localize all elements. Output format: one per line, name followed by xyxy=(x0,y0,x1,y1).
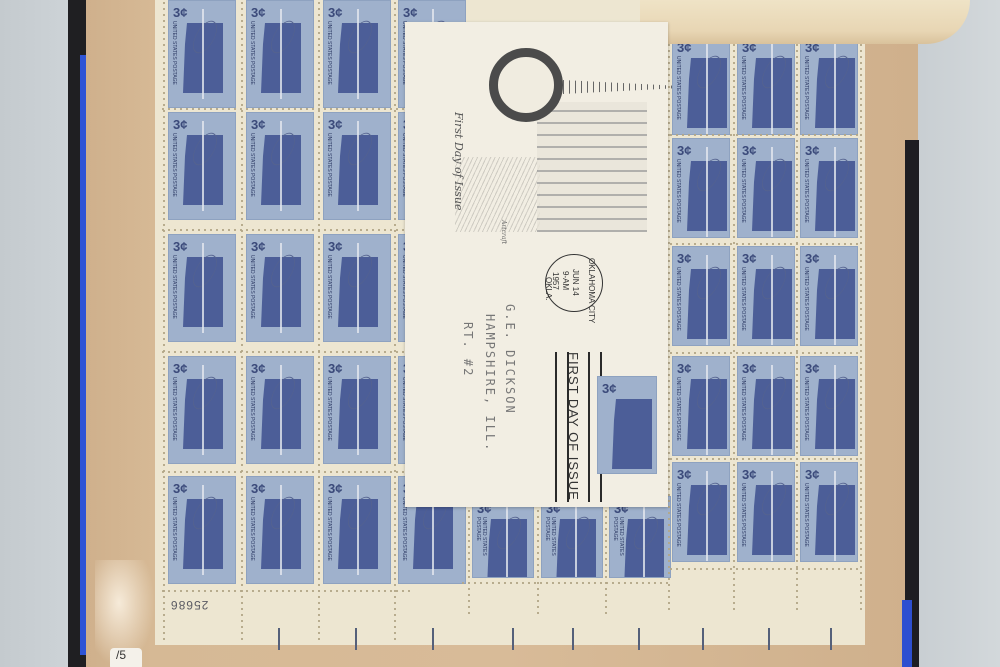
stamp-denomination: 3¢ xyxy=(742,361,756,376)
cancel-bar xyxy=(588,352,590,502)
stamp-denomination: 3¢ xyxy=(173,117,187,132)
perforation-row xyxy=(160,351,410,353)
stamp: 3¢UNITED STATES POSTAGE xyxy=(737,35,795,135)
stamp-arrow-icon xyxy=(357,121,359,211)
stamp-denomination: 3¢ xyxy=(328,117,342,132)
cachet-artist: Artcraft xyxy=(500,220,507,244)
stamp-arrow-icon xyxy=(280,485,282,575)
stamp: 3¢UNITED STATES POSTAGE xyxy=(472,496,534,578)
cachet-shading xyxy=(455,157,540,232)
stamp-arrow-icon xyxy=(706,255,708,345)
stamp-country-text: UNITED STATES POSTAGE xyxy=(171,255,177,319)
cover-stamp: 3¢ xyxy=(597,376,657,474)
stamp-country-text: UNITED STATES POSTAGE xyxy=(740,56,746,120)
stamp-arrow-icon xyxy=(506,505,508,578)
stamp-arrow-icon xyxy=(202,485,204,575)
stamp-country-text: UNITED STATES POSTAGE xyxy=(249,497,255,561)
stamp-country-text: UNITED STATES POSTAGE xyxy=(475,517,487,577)
stamp-country-text: UNITED STATES POSTAGE xyxy=(803,56,809,120)
stamp-oklahoma-map-icon xyxy=(612,399,652,469)
perforation-column xyxy=(537,496,539,616)
stamp-country-text: UNITED STATES POSTAGE xyxy=(675,483,681,547)
stamp-country-text: UNITED STATES POSTAGE xyxy=(803,267,809,331)
stamp-denomination: 3¢ xyxy=(805,467,819,482)
stamp: 3¢UNITED STATES POSTAGE xyxy=(323,0,391,108)
stamp: 3¢UNITED STATES POSTAGE xyxy=(168,476,236,584)
stamp-arrow-icon xyxy=(706,147,708,237)
stamp-arrow-icon xyxy=(771,365,773,455)
stamp: 3¢UNITED STATES POSTAGE xyxy=(800,138,858,238)
stamp-country-text: UNITED STATES POSTAGE xyxy=(803,483,809,547)
address-line-1: G.E. DICKSON xyxy=(503,304,517,415)
stamp-arrow-icon xyxy=(280,243,282,333)
stamp: 3¢UNITED STATES POSTAGE xyxy=(737,462,795,562)
perforation-row xyxy=(668,568,858,570)
stamp-country-text: UNITED STATES POSTAGE xyxy=(612,517,624,577)
stamp-country-text: UNITED STATES POSTAGE xyxy=(171,21,177,85)
perforation-row xyxy=(668,458,858,460)
first-day-of-issue-cancel: FIRST DAY OF ISSUE xyxy=(566,352,581,501)
stamp-arrow-icon xyxy=(771,44,773,134)
gutter-tick xyxy=(512,628,514,650)
gutter-tick xyxy=(638,628,640,650)
stamp-country-text: UNITED STATES POSTAGE xyxy=(803,377,809,441)
stamp-arrow-icon xyxy=(357,365,359,455)
plate-number: 25686 xyxy=(170,598,208,612)
stamp-denomination: 3¢ xyxy=(805,251,819,266)
stamp-country-text: UNITED STATES POSTAGE xyxy=(803,159,809,223)
stamp-denomination: 3¢ xyxy=(251,481,265,496)
stamp: 3¢UNITED STATES POSTAGE xyxy=(246,356,314,464)
perforation-row xyxy=(160,108,410,110)
perforation-row xyxy=(460,582,670,584)
perforation-column xyxy=(163,0,165,640)
stamp-arrow-icon xyxy=(834,255,836,345)
stamp: 3¢UNITED STATES POSTAGE xyxy=(672,138,730,238)
stamp-country-text: UNITED STATES POSTAGE xyxy=(740,483,746,547)
stamp: 3¢UNITED STATES POSTAGE xyxy=(800,246,858,346)
perforation-column xyxy=(860,30,862,610)
stamp: 3¢UNITED STATES POSTAGE xyxy=(672,356,730,456)
stamp-arrow-icon xyxy=(706,44,708,134)
stamp: 3¢UNITED STATES POSTAGE xyxy=(609,496,671,578)
stamp: 3¢UNITED STATES POSTAGE xyxy=(672,35,730,135)
corner-label: /5 xyxy=(110,648,142,667)
stamp-arrow-icon xyxy=(771,255,773,345)
gutter-tick xyxy=(572,628,574,650)
stamp-country-text: UNITED STATES POSTAGE xyxy=(249,255,255,319)
stamp-arrow-icon xyxy=(202,365,204,455)
stamp-denomination: 3¢ xyxy=(251,117,265,132)
perforation-column xyxy=(796,30,798,610)
stamp-arrow-icon xyxy=(834,44,836,134)
stamp-country-text: UNITED STATES POSTAGE xyxy=(249,377,255,441)
stamp-arrow-icon xyxy=(202,9,204,99)
perforation-row xyxy=(668,134,858,136)
stamp-country-text: UNITED STATES POSTAGE xyxy=(249,21,255,85)
stamp-country-text: UNITED STATES POSTAGE xyxy=(675,56,681,120)
stamp-denomination: 3¢ xyxy=(328,481,342,496)
stamp: 3¢UNITED STATES POSTAGE xyxy=(672,246,730,346)
first-day-cover: First Day of Issue Artcraft OKLAHOMA CIT… xyxy=(405,22,668,507)
stamp: 3¢UNITED STATES POSTAGE xyxy=(323,356,391,464)
stamp-arrow-icon xyxy=(202,243,204,333)
perforation-column xyxy=(318,0,320,640)
stamp-denomination: 3¢ xyxy=(328,361,342,376)
postmark-city: OKLAHOMA CITY xyxy=(587,258,596,323)
stamp-denomination: 3¢ xyxy=(805,361,819,376)
stamp: 3¢UNITED STATES POSTAGE xyxy=(800,462,858,562)
stamp-arrow-icon xyxy=(771,147,773,237)
stamp-country-text: UNITED STATES POSTAGE xyxy=(326,255,332,319)
stamp-arrow-icon xyxy=(643,505,645,578)
gutter-tick xyxy=(355,628,357,650)
stamp: 3¢UNITED STATES POSTAGE xyxy=(168,356,236,464)
stamp-denomination: 3¢ xyxy=(677,143,691,158)
stamp-arrow-icon xyxy=(771,471,773,561)
stamp-arrow-icon xyxy=(834,471,836,561)
gutter-tick xyxy=(278,628,280,650)
stamp-country-text: UNITED STATES POSTAGE xyxy=(326,497,332,561)
stamp-denomination: 3¢ xyxy=(805,143,819,158)
postmark-state: OKLA. xyxy=(544,277,553,301)
stamp: 3¢UNITED STATES POSTAGE xyxy=(168,112,236,220)
stamp: 3¢UNITED STATES POSTAGE xyxy=(672,462,730,562)
stamp: 3¢UNITED STATES POSTAGE xyxy=(800,356,858,456)
stamp: 3¢ xyxy=(597,376,657,474)
perforation-column xyxy=(668,30,670,610)
stamp-country-text: UNITED STATES POSTAGE xyxy=(249,133,255,197)
address-line-2: HAMPSHIRE, ILL. xyxy=(483,314,497,452)
stamp: 3¢UNITED STATES POSTAGE xyxy=(246,476,314,584)
postmark-time: 9-AM xyxy=(561,271,570,290)
gutter-tick xyxy=(830,628,832,650)
stamp: 3¢UNITED STATES POSTAGE xyxy=(168,0,236,108)
stamp-denomination: 3¢ xyxy=(677,251,691,266)
perforation-column xyxy=(394,0,396,640)
perforation-column xyxy=(241,0,243,640)
stamp-arrow-icon xyxy=(357,485,359,575)
table-surface-right xyxy=(915,0,1000,667)
album-binder-blue-right xyxy=(902,600,912,667)
table-surface-left xyxy=(0,0,68,667)
cachet-script-text: First Day of Issue xyxy=(452,112,465,210)
stamp: 3¢UNITED STATES POSTAGE xyxy=(246,234,314,342)
stamp-arrow-icon xyxy=(834,147,836,237)
perforation-column xyxy=(733,30,735,610)
stamp-country-text: UNITED STATES POSTAGE xyxy=(675,377,681,441)
stamp-country-text: UNITED STATES POSTAGE xyxy=(675,267,681,331)
album-binder-right-edge xyxy=(905,140,919,667)
stamp-denomination: 3¢ xyxy=(403,5,417,20)
stamp-country-text: UNITED STATES POSTAGE xyxy=(675,159,681,223)
oil-derrick-icon xyxy=(563,80,673,94)
stamp: 3¢UNITED STATES POSTAGE xyxy=(737,356,795,456)
cachet-illustration: First Day of Issue Artcraft xyxy=(445,42,640,232)
stamp-denomination: 3¢ xyxy=(173,239,187,254)
stamp-denomination: 3¢ xyxy=(173,361,187,376)
stamp-denomination: 3¢ xyxy=(251,361,265,376)
stamp-denomination: 3¢ xyxy=(251,239,265,254)
stamp-denomination: 3¢ xyxy=(742,143,756,158)
stamp-country-text: UNITED STATES POSTAGE xyxy=(326,21,332,85)
stamp-arrow-icon xyxy=(706,365,708,455)
stamp-arrow-icon xyxy=(280,365,282,455)
stamp-country-text: UNITED STATES POSTAGE xyxy=(544,517,556,577)
stamp: 3¢UNITED STATES POSTAGE xyxy=(800,35,858,135)
stamp-denomination: 3¢ xyxy=(251,5,265,20)
stamp: 3¢UNITED STATES POSTAGE xyxy=(246,0,314,108)
stamp-arrow-icon xyxy=(280,9,282,99)
stamp-denomination: 3¢ xyxy=(742,251,756,266)
stamp-denomination: 3¢ xyxy=(602,381,616,396)
stamp-denomination: 3¢ xyxy=(677,361,691,376)
stamp: 3¢UNITED STATES POSTAGE xyxy=(323,476,391,584)
address-line-3: RT. #2 xyxy=(461,322,475,377)
stamp: 3¢UNITED STATES POSTAGE xyxy=(246,112,314,220)
stamp-arrow-icon xyxy=(357,243,359,333)
stamp-denomination: 3¢ xyxy=(677,467,691,482)
perforation-row xyxy=(668,352,858,354)
postmark-date: JUN 14 xyxy=(571,269,580,296)
gutter-tick xyxy=(432,628,434,650)
perforation-row xyxy=(668,243,858,245)
stamp-arrow-icon xyxy=(202,121,204,211)
stamp-country-text: UNITED STATES POSTAGE xyxy=(740,377,746,441)
stamp-country-text: UNITED STATES POSTAGE xyxy=(326,377,332,441)
stamp-arrow-icon xyxy=(834,365,836,455)
stamp-denomination: 3¢ xyxy=(173,5,187,20)
gutter-tick xyxy=(702,628,704,650)
stamp-denomination: 3¢ xyxy=(173,481,187,496)
stamp-country-text: UNITED STATES POSTAGE xyxy=(171,133,177,197)
stamp-country-text: UNITED STATES POSTAGE xyxy=(326,133,332,197)
stamp-arrow-icon xyxy=(706,471,708,561)
perforation-row xyxy=(160,471,410,473)
cancel-bar xyxy=(555,352,557,502)
stamp-denomination: 3¢ xyxy=(328,239,342,254)
stamp: 3¢UNITED STATES POSTAGE xyxy=(541,496,603,578)
stamp-country-text: UNITED STATES POSTAGE xyxy=(740,267,746,331)
stamp-country-text: UNITED STATES POSTAGE xyxy=(171,377,177,441)
anniversary-seal-icon xyxy=(489,48,563,122)
gutter-tick xyxy=(768,628,770,650)
perforation-column xyxy=(468,496,470,616)
stamp-arrow-icon xyxy=(280,121,282,211)
stamp-denomination: 3¢ xyxy=(742,467,756,482)
stamp: 3¢UNITED STATES POSTAGE xyxy=(168,234,236,342)
stamp-arrow-icon xyxy=(357,9,359,99)
stamp: 3¢UNITED STATES POSTAGE xyxy=(323,112,391,220)
perforation-column xyxy=(605,496,607,616)
perforation-row xyxy=(160,229,410,231)
stamp-country-text: UNITED STATES POSTAGE xyxy=(740,159,746,223)
stamp: 3¢UNITED STATES POSTAGE xyxy=(323,234,391,342)
stamp: 3¢UNITED STATES POSTAGE xyxy=(737,138,795,238)
stamp-denomination: 3¢ xyxy=(328,5,342,20)
perforation-row xyxy=(160,590,410,592)
stamp-country-text: UNITED STATES POSTAGE xyxy=(171,497,177,561)
stamp: 3¢UNITED STATES POSTAGE xyxy=(737,246,795,346)
stamp-arrow-icon xyxy=(575,505,577,578)
page-curl-overleaf xyxy=(640,0,970,44)
capitol-building-icon xyxy=(537,102,647,232)
